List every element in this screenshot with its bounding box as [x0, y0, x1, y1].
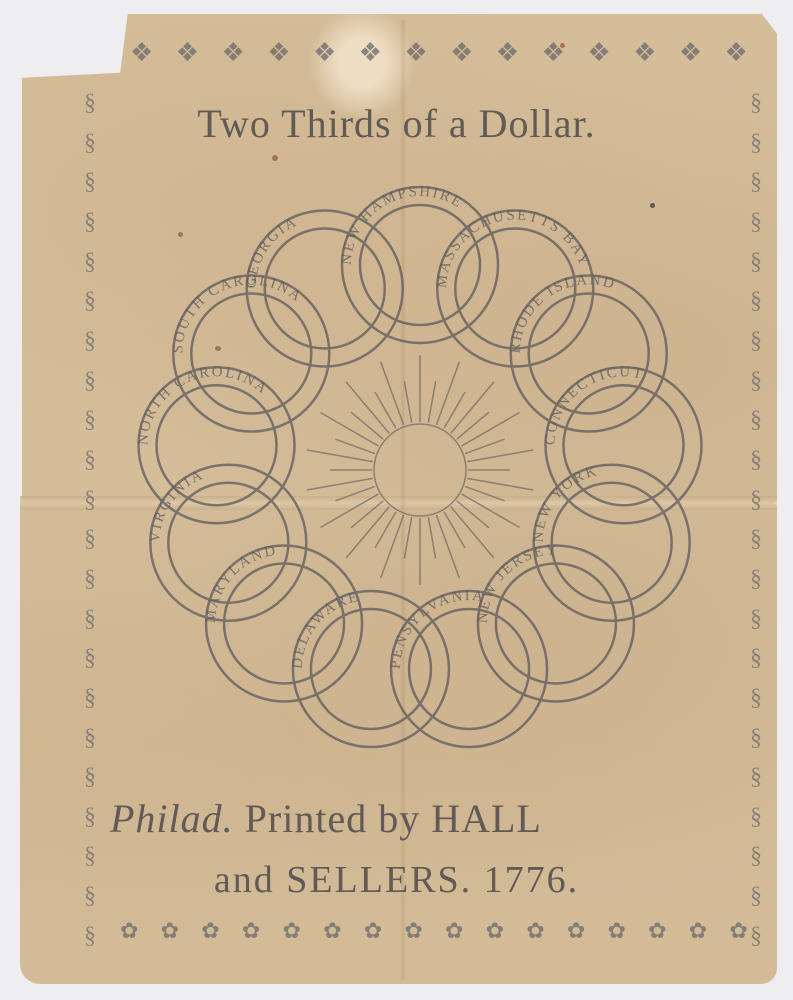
ornament-glyph: §: [84, 209, 96, 236]
ornament-glyph: ✿: [648, 918, 668, 944]
ornament-glyph: §: [84, 725, 96, 752]
ornament-glyph: §: [84, 169, 96, 196]
ornament-glyph: §: [84, 526, 96, 553]
ornament-glyph: §: [84, 368, 96, 395]
printer-imprint-line2: and SELLERS. 1776.: [0, 858, 793, 902]
ornament-glyph: §: [750, 526, 762, 553]
ornament-glyph: §: [84, 328, 96, 355]
ornament-glyph: §: [84, 447, 96, 474]
ornament-glyph: ❖: [633, 38, 658, 68]
sun-rays-icon: [307, 355, 534, 585]
ornament-glyph: §: [750, 328, 762, 355]
ornament-glyph: ❖: [404, 38, 429, 68]
ornament-glyph: §: [750, 685, 762, 712]
bottom-ornamental-border: ✿✿✿✿✿✿✿✿✿✿✿✿✿✿✿✿: [120, 918, 750, 944]
svg-text:SOUTH CAROLINA: SOUTH CAROLINA: [170, 272, 305, 353]
ornament-glyph: ❖: [359, 38, 384, 68]
ornament-glyph: ❖: [313, 38, 338, 68]
ornament-glyph: ✿: [486, 918, 506, 944]
ornament-glyph: §: [750, 288, 762, 315]
ornament-glyph: ❖: [267, 38, 292, 68]
ornament-glyph: §: [750, 407, 762, 434]
ornament-glyph: §: [750, 169, 762, 196]
ornament-glyph: ✿: [608, 918, 628, 944]
ornament-glyph: ❖: [679, 38, 704, 68]
ornament-glyph: ❖: [176, 38, 201, 68]
ornament-glyph: ✿: [689, 918, 709, 944]
stain-spot: [272, 155, 278, 161]
ornament-glyph: ✿: [445, 918, 465, 944]
ornament-glyph: §: [84, 566, 96, 593]
ornament-glyph: §: [84, 288, 96, 315]
top-ornamental-border: ❖❖❖❖❖❖❖❖❖❖❖❖❖❖: [130, 38, 750, 68]
ornament-glyph: §: [750, 447, 762, 474]
ornament-glyph: §: [750, 804, 762, 831]
svg-text:VIRGINIA: VIRGINIA: [147, 467, 206, 544]
ornament-glyph: ❖: [725, 38, 750, 68]
ornament-glyph: ✿: [161, 918, 181, 944]
ornament-glyph: ❖: [130, 38, 155, 68]
ornament-glyph: §: [84, 923, 96, 950]
ornament-glyph: §: [750, 645, 762, 672]
ornament-glyph: §: [750, 923, 762, 950]
ornament-glyph: §: [84, 249, 96, 276]
ornament-glyph: ✿: [201, 918, 221, 944]
ornament-glyph: §: [84, 804, 96, 831]
ornament-glyph: §: [84, 606, 96, 633]
banknote: ❖❖❖❖❖❖❖❖❖❖❖❖❖❖ ✿✿✿✿✿✿✿✿✿✿✿✿✿✿✿✿ §§§§§§§§…: [0, 0, 793, 1000]
ornament-glyph: §: [750, 764, 762, 791]
ornament-glyph: §: [84, 407, 96, 434]
ornament-glyph: ✿: [120, 918, 140, 944]
ornament-glyph: ❖: [496, 38, 521, 68]
ornament-glyph: §: [750, 606, 762, 633]
ornament-glyph: §: [750, 725, 762, 752]
printer-imprint-line1: Philad. Printed by HALL: [110, 795, 750, 842]
ornament-glyph: §: [750, 368, 762, 395]
ornament-glyph: ✿: [323, 918, 343, 944]
imprint-city: Philad.: [110, 796, 234, 841]
ornament-glyph: §: [750, 487, 762, 514]
ornament-glyph: ✿: [283, 918, 303, 944]
ornament-glyph: ✿: [567, 918, 587, 944]
svg-text:NORTH CAROLINA: NORTH CAROLINA: [135, 364, 271, 446]
ornament-glyph: ❖: [542, 38, 567, 68]
ornament-glyph: §: [750, 566, 762, 593]
ornament-glyph: §: [84, 685, 96, 712]
ornament-glyph: §: [84, 645, 96, 672]
ornament-glyph: §: [750, 249, 762, 276]
ornament-glyph: ✿: [526, 918, 546, 944]
ornament-glyph: §: [84, 764, 96, 791]
ornament-glyph: §: [84, 487, 96, 514]
ornament-glyph: ❖: [587, 38, 612, 68]
left-ornamental-border: §§§§§§§§§§§§§§§§§§§§§§: [72, 90, 108, 950]
ornament-glyph: §: [750, 209, 762, 236]
ornament-glyph: ✿: [242, 918, 262, 944]
linked-rings-seal: NEW HAMPSHIREMASSACHUSETTS BAYRHODE ISLA…: [110, 170, 730, 770]
denomination-text: Two Thirds of a Dollar.: [0, 100, 793, 147]
ornament-glyph: ✿: [404, 918, 424, 944]
ornament-glyph: ✿: [364, 918, 384, 944]
ornament-glyph: ❖: [221, 38, 246, 68]
svg-text:RHODE ISLAND: RHODE ISLAND: [507, 272, 617, 354]
ornament-glyph: ❖: [450, 38, 475, 68]
imprint-printer: Printed by HALL: [245, 796, 542, 841]
